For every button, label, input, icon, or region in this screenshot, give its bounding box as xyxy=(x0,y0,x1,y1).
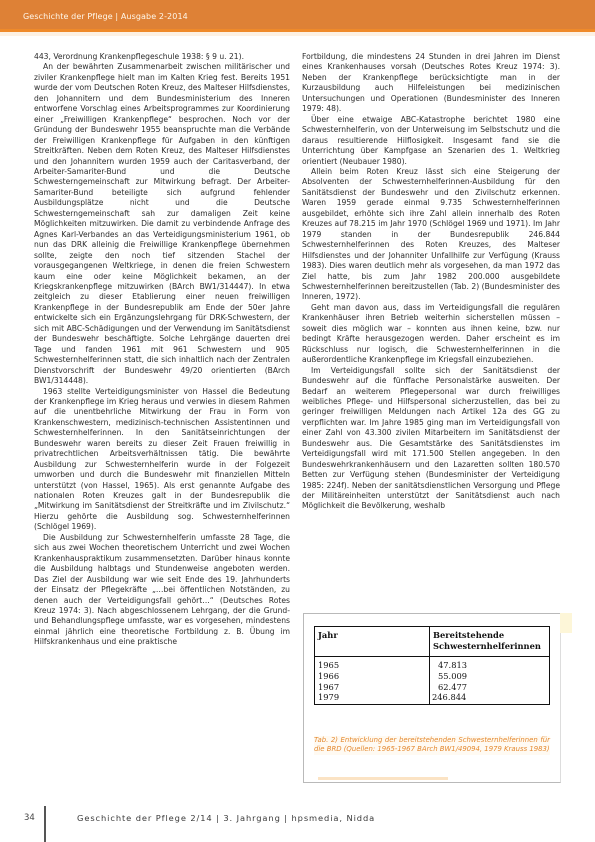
caption-accent xyxy=(318,777,448,780)
cell-year: 1979 xyxy=(315,692,430,704)
left-column: 443, Verordnung Krankenpflegeschule 1938… xyxy=(34,52,290,648)
table-caption: Tab. 2) Entwicklung der bereitstehenden … xyxy=(314,736,550,755)
column-header-year: Jahr xyxy=(315,627,430,657)
right-column: Fortbildung, die mindestens 24 Stunden i… xyxy=(302,52,560,512)
data-table: Jahr Bereitstehende Schwesternhelferinne… xyxy=(314,626,550,705)
table-row: 1965 47.813 xyxy=(315,657,550,671)
table-row: 1979 246.844 xyxy=(315,692,550,704)
cell-year: 1966 xyxy=(315,671,430,682)
paragraph: Die Ausbildung zur Schwesternhelferin um… xyxy=(34,533,290,648)
paragraph: Fortbildung, die mindestens 24 Stunden i… xyxy=(302,52,560,115)
table-header-row: Jahr Bereitstehende Schwesternhelferinne… xyxy=(315,627,550,657)
cell-year: 1967 xyxy=(315,682,430,693)
header-bar: Geschichte der Pflege | Ausgabe 2-2014 xyxy=(0,0,595,32)
cell-value: 47.813 xyxy=(430,657,550,671)
footer-divider xyxy=(44,806,46,842)
paragraph: Im Verteidigungsfall sollte sich der San… xyxy=(302,366,560,512)
cell-year: 1965 xyxy=(315,657,430,671)
table-figure: Jahr Bereitstehende Schwesternhelferinne… xyxy=(303,613,561,783)
cell-value: 62.477 xyxy=(430,682,550,693)
paragraph: 443, Verordnung Krankenpflegeschule 1938… xyxy=(34,52,290,62)
paragraph: An der bewährten Zusammenarbeit zwischen… xyxy=(34,62,290,386)
paragraph: Allein beim Roten Kreuz lässt sich eine … xyxy=(302,167,560,303)
corner-accent xyxy=(560,613,572,633)
table-row: 1967 62.477 xyxy=(315,682,550,693)
column-header-value: Bereitstehende Schwesternhelferinnen xyxy=(430,627,550,657)
table-row: 1966 55.009 xyxy=(315,671,550,682)
page-footer: 34 Geschichte der Pflege 2/14 | 3. Jahrg… xyxy=(0,806,595,842)
cell-value: 246.844 xyxy=(430,692,550,704)
cell-value: 55.009 xyxy=(430,671,550,682)
page-number: 34 xyxy=(24,813,35,823)
paragraph: Geht man davon aus, dass im Verteidigung… xyxy=(302,303,560,366)
paragraph: 1963 stellte Verteidigungsminister von H… xyxy=(34,387,290,533)
paragraph: Über eine etwaige ABC-Katastrophe berich… xyxy=(302,115,560,167)
header-shadow xyxy=(0,32,595,36)
footer-publication-info: Geschichte der Pflege 2/14 | 3. Jahrgang… xyxy=(77,813,375,823)
running-header-title: Geschichte der Pflege | Ausgabe 2-2014 xyxy=(23,12,188,21)
